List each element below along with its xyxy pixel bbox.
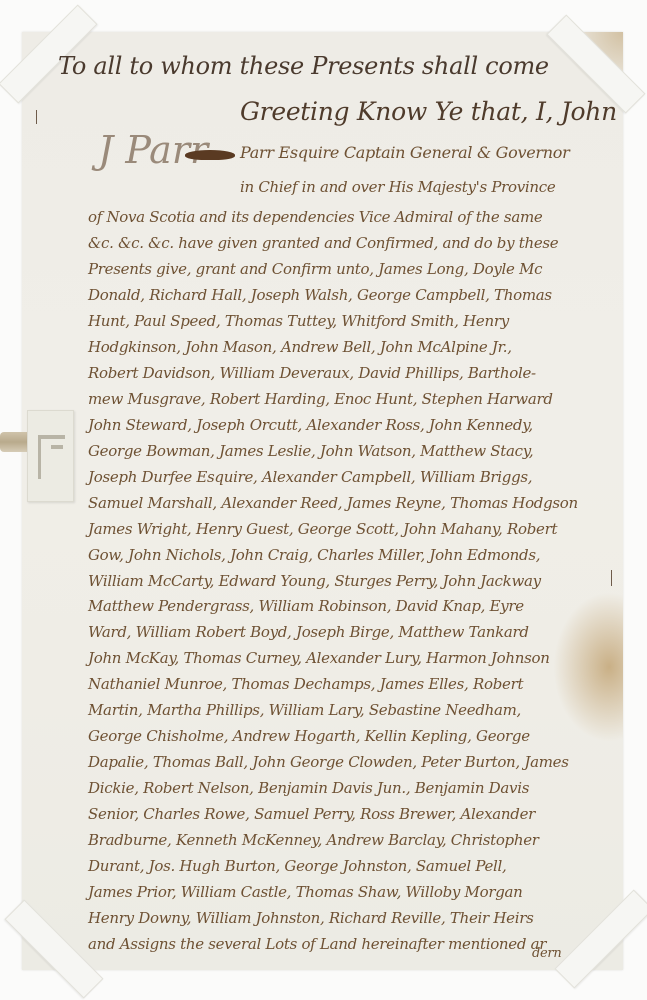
body-line: Hodgkinson, John Mason, Andrew Bell, Joh… (88, 338, 512, 356)
ink-blot (185, 150, 235, 160)
body-line: &c. &c. &c. have given granted and Confi… (88, 234, 558, 252)
body-line: Henry Downy, William Johnston, Richard R… (88, 909, 534, 927)
body-line: in Chief in and over His Majesty's Provi… (240, 178, 555, 196)
paper-seal (27, 410, 74, 502)
body-line: George Bowman, James Leslie, John Watson… (88, 442, 533, 460)
body-line: of Nova Scotia and its dependencies Vice… (88, 208, 542, 226)
body-line: Durant, Jos. Hugh Burton, George Johnsto… (88, 857, 507, 875)
body-line: Dickie, Robert Nelson, Benjamin Davis Ju… (88, 779, 529, 797)
body-line: Joseph Durfee Esquire, Alexander Campbel… (88, 468, 532, 486)
governor-signature: J Parr (98, 128, 208, 172)
body-line: Ward, William Robert Boyd, Joseph Birge,… (88, 623, 529, 641)
body-line: Parr Esquire Captain General & Governor (240, 143, 569, 162)
body-line: Hunt, Paul Speed, Thomas Tuttey, Whitfor… (88, 312, 509, 330)
body-line: James Prior, William Castle, Thomas Shaw… (88, 883, 523, 901)
body-line: Presents give, grant and Confirm unto, J… (88, 260, 542, 278)
body-line: Samuel Marshall, Alexander Reed, James R… (88, 494, 578, 512)
body-line: Robert Davidson, William Deveraux, David… (88, 364, 536, 382)
body-line: Martin, Martha Phillips, William Lary, S… (88, 701, 521, 719)
body-line: and Assigns the several Lots of Land her… (88, 935, 546, 953)
body-line: William McCarty, Edward Young, Sturges P… (88, 572, 541, 590)
body-line: James Wright, Henry Guest, George Scott,… (88, 520, 557, 538)
body-line: Matthew Pendergrass, William Robinson, D… (88, 597, 524, 615)
body-line: Gow, John Nichols, John Craig, Charles M… (88, 546, 540, 564)
water-stain (553, 592, 623, 742)
seal-emblem-icon (38, 435, 65, 479)
body-line: John McKay, Thomas Curney, Alexander Lur… (88, 649, 550, 667)
body-line: Bradburne, Kenneth McKenney, Andrew Barc… (88, 831, 539, 849)
title-line: To all to whom these Presents shall come (58, 52, 549, 80)
greeting-line: Greeting Know Ye that, I, John (240, 97, 617, 126)
body-line: John Steward, Joseph Orcutt, Alexander R… (88, 416, 533, 434)
catchword: dern (532, 946, 561, 961)
body-line: George Chisholme, Andrew Hogarth, Kellin… (88, 727, 530, 745)
body-line: mew Musgrave, Robert Harding, Enoc Hunt,… (88, 390, 553, 408)
margin-mark-right (611, 570, 612, 586)
body-line: Dapalie, Thomas Ball, John George Clowde… (88, 753, 569, 771)
body-line: Senior, Charles Rowe, Samuel Perry, Ross… (88, 805, 535, 823)
body-line: Nathaniel Munroe, Thomas Dechamps, James… (88, 675, 523, 693)
margin-mark (36, 110, 37, 124)
body-line: Donald, Richard Hall, Joseph Walsh, Geor… (88, 286, 552, 304)
